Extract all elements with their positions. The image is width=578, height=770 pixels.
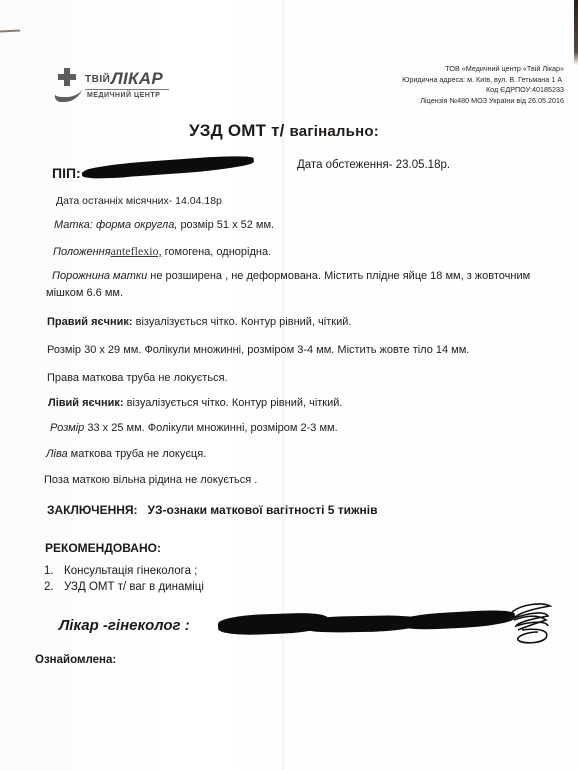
cavity-line-2: мішком 6.6 мм. — [46, 287, 123, 299]
patient-label: ПІП: — [52, 165, 81, 181]
clinic-logo: ТВІЙ ЛІКАР МЕДИЧНИЙ ЦЕНТР — [55, 68, 175, 108]
logo-brand-main: ЛІКАР — [111, 69, 163, 89]
recommended-label: РЕКОМЕНДОВАНО: — [45, 541, 161, 555]
right-tube-line: Права маткова труба не локується. — [47, 372, 228, 384]
conclusion-label: ЗАКЛЮЧЕННЯ: — [47, 503, 138, 517]
acknowledged-label: Ознайомлена: — [35, 654, 116, 666]
recommendation-item: 2.УЗД ОМТ т/ ваг в динаміці — [44, 581, 204, 593]
recommendation-item: 1.Консультація гінеколога ; — [44, 565, 197, 577]
page-fold-crease — [281, 0, 285, 770]
requisite-line: ТОВ «Медичний центр «Твій Лікар» — [402, 64, 564, 75]
page-edge-shadow — [574, 0, 578, 65]
requisite-line: Код ЄДРПОУ:40185233 — [402, 85, 564, 96]
conclusion-value: УЗ-ознаки маткової вагітності 5 тижнів — [148, 503, 378, 517]
left-tube-line: Ліва маткова труба не локуєця. — [46, 448, 206, 460]
last-period-date: Дата останніх місячних- 14.04.18р — [56, 195, 222, 207]
logo-brand-prefix: ТВІЙ — [85, 74, 110, 85]
exam-date: Дата обстеження- 23.05.18р. — [297, 159, 450, 171]
clinic-requisites: ТОВ «Медичний центр «Твій Лікар» Юридичн… — [402, 64, 564, 106]
right-ovary-size: Розмір 30 х 29 мм. Фолікули множинні, ро… — [47, 344, 469, 356]
report-title: УЗД ОМТ т/ вагінально: — [189, 121, 379, 141]
requisite-line: Юридична адреса: м. Київ, вул. В. Гетьма… — [402, 75, 562, 86]
right-ovary-line: Правий яєчник: візуалізується чітко. Кон… — [47, 316, 351, 328]
signature-scribble — [508, 600, 552, 646]
left-ovary-line: Лівий яєчник: візуалізується чітко. Конт… — [48, 397, 342, 409]
uterus-line: Матка: форма округла, розмір 51 х 52 мм. — [54, 219, 274, 231]
cavity-line-1: Порожнина матки не розширена , не деформ… — [52, 270, 530, 282]
position-line: Положенняanteflexio, гомогена, однорідна… — [53, 244, 271, 259]
free-fluid-line: Поза маткою вільна рідина не локується . — [44, 474, 257, 486]
doctor-label: Лікар -гінеколог : — [59, 617, 190, 634]
conclusion: ЗАКЛЮЧЕННЯ:УЗ-ознаки маткової вагітності… — [47, 503, 377, 517]
left-ovary-size: Розмір 33 х 25 мм. Фолікули множинні, ро… — [50, 422, 338, 434]
requisite-line: Ліцензія №480 МОЗ України від 26.05.2016 — [402, 96, 564, 107]
logo-divider — [85, 89, 169, 90]
logo-subtitle: МЕДИЧНИЙ ЦЕНТР — [87, 92, 160, 99]
